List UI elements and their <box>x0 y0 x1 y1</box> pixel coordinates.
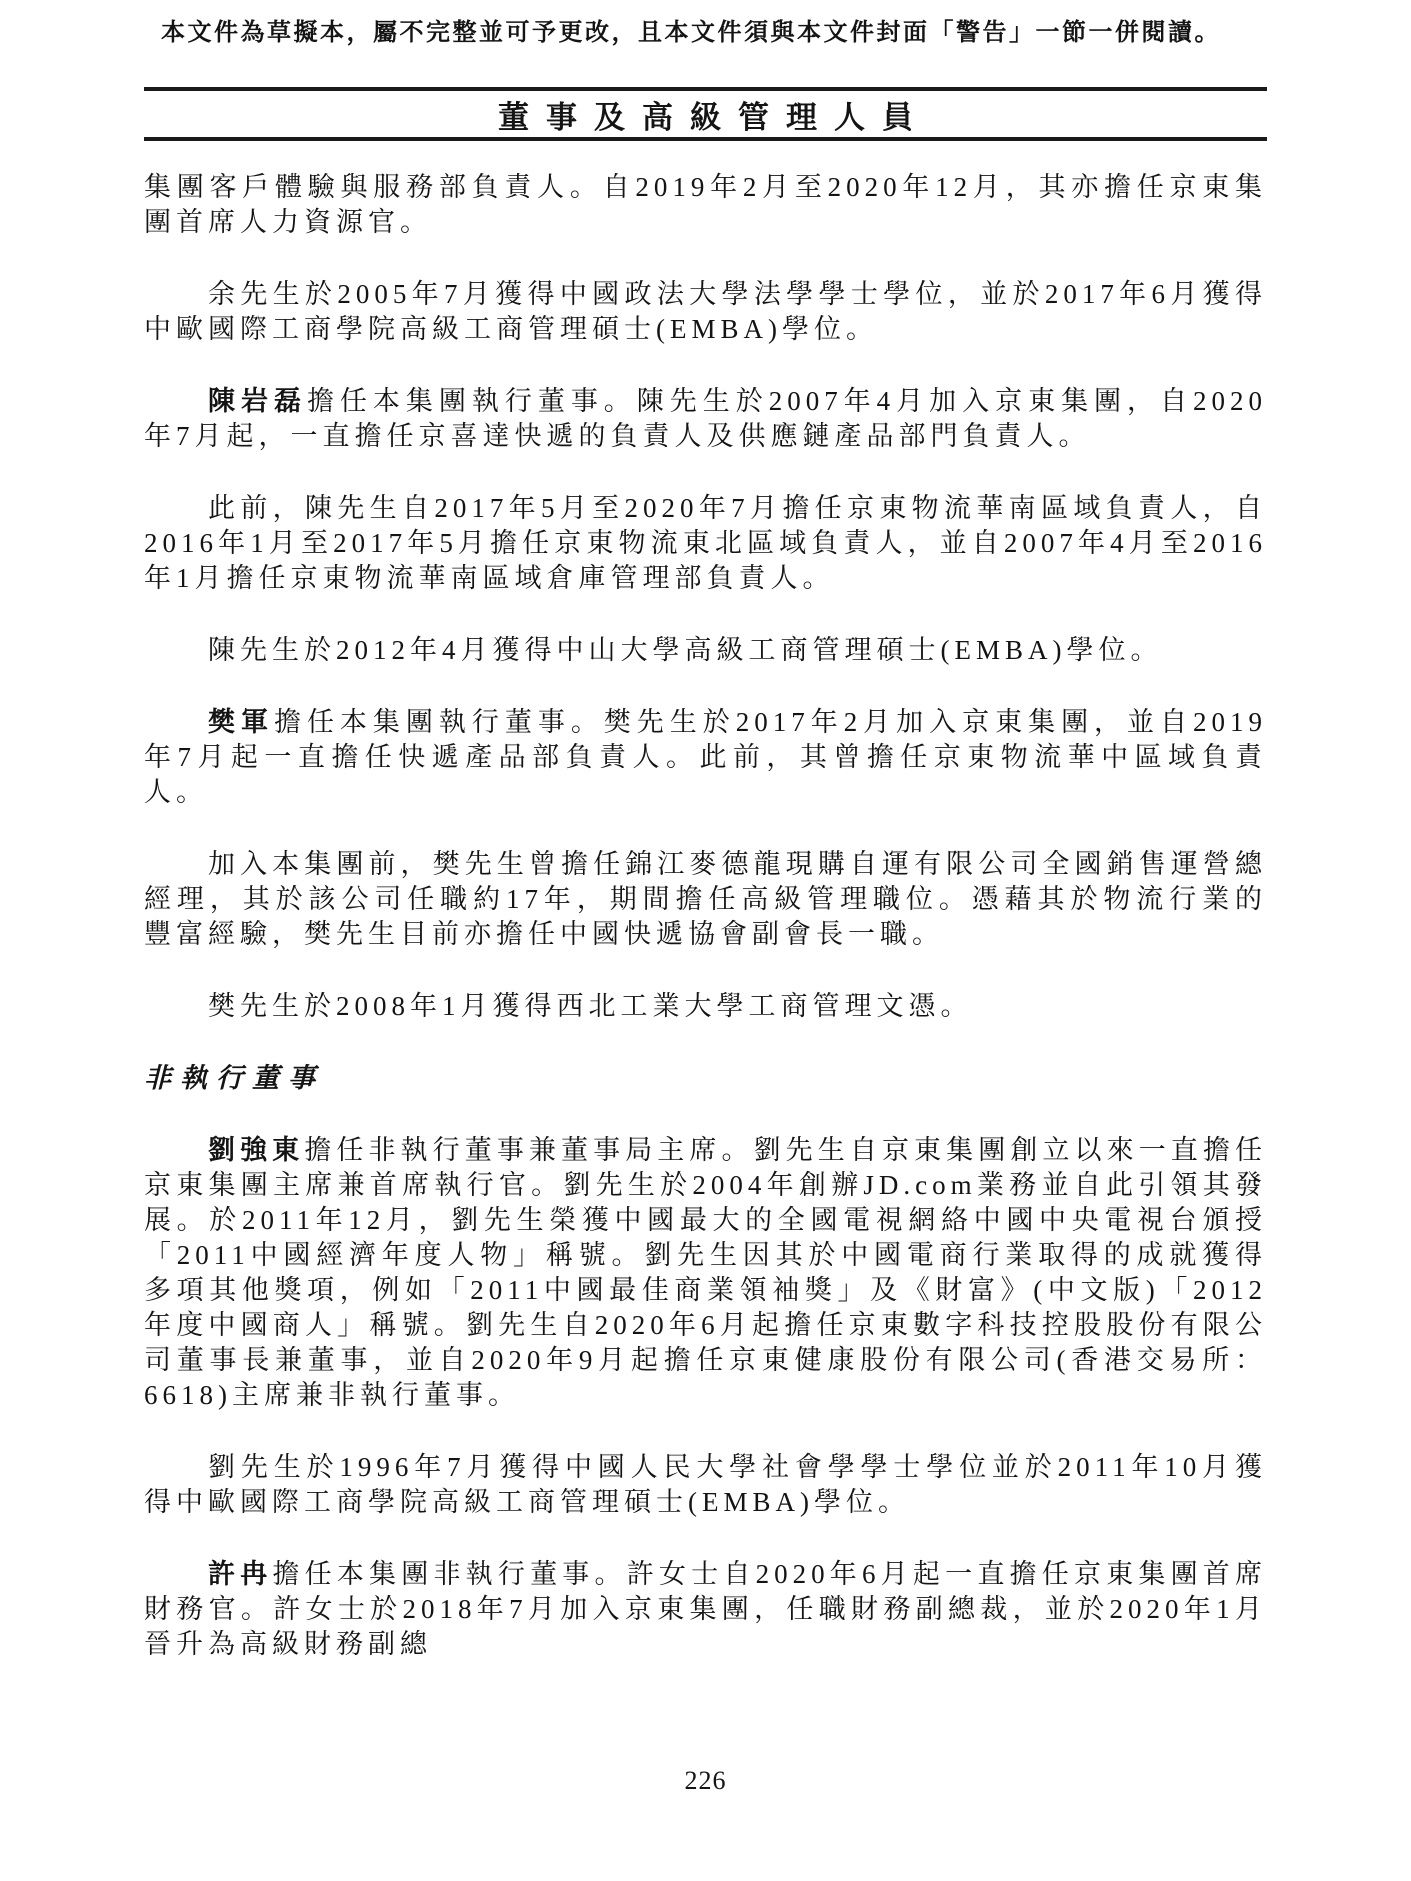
paragraph: 樊軍擔任本集團執行董事。樊先生於2017年2月加入京東集團，並自2019年7月起… <box>144 705 1267 810</box>
director-name: 劉強東 <box>208 1135 304 1165</box>
paragraph: 陳先生於2012年4月獲得中山大學高級工商管理碩士(EMBA)學位。 <box>144 633 1267 668</box>
paragraph-text: 集團客戶體驗與服務部負責人。自2019年2月至2020年12月，其亦擔任京東集團… <box>144 172 1267 237</box>
paragraph: 樊先生於2008年1月獲得西北工業大學工商管理文憑。 <box>144 989 1267 1024</box>
document-body: 集團客戶體驗與服務部負責人。自2019年2月至2020年12月，其亦擔任京東集團… <box>144 170 1267 1662</box>
paragraph-text: 樊先生於2008年1月獲得西北工業大學工商管理文憑。 <box>208 991 973 1021</box>
prospectus-page: 本文件為草擬本，屬不完整並可予更改，且本文件須與本文件封面「警告」一節一併閱讀。… <box>0 0 1411 1881</box>
paragraph-text: 余先生於2005年7月獲得中國政法大學法學學士學位，並於2017年6月獲得中歐國… <box>144 279 1267 344</box>
paragraph-text: 此前，陳先生自2017年5月至2020年7月擔任京東物流華南區域負責人，自201… <box>144 493 1267 593</box>
paragraph-text: 加入本集團前，樊先生曾擔任錦江麥德龍現購自運有限公司全國銷售運營總經理，其於該公… <box>144 849 1267 949</box>
paragraph-text: 陳先生於2012年4月獲得中山大學高級工商管理碩士(EMBA)學位。 <box>208 635 1163 665</box>
paragraph-text: 劉先生於1996年7月獲得中國人民大學社會學學士學位並於2011年10月獲得中歐… <box>144 1452 1267 1517</box>
paragraph-text: 擔任本集團非執行董事。許女士自2020年6月起一直擔任京東集團首席財務官。許女士… <box>144 1559 1267 1659</box>
paragraph: 此前，陳先生自2017年5月至2020年7月擔任京東物流華南區域負責人，自201… <box>144 491 1267 596</box>
paragraph-continuation: 集團客戶體驗與服務部負責人。自2019年2月至2020年12月，其亦擔任京東集團… <box>144 170 1267 240</box>
director-name: 許冉 <box>208 1559 272 1589</box>
director-name: 陳岩磊 <box>208 386 307 416</box>
paragraph-text: 擔任本集團執行董事。陳先生於2007年4月加入京東集團，自2020年7月起，一直… <box>144 386 1267 451</box>
page-title: 董事及高級管理人員 <box>481 92 930 137</box>
paragraph: 陳岩磊擔任本集團執行董事。陳先生於2007年4月加入京東集團，自2020年7月起… <box>144 384 1267 454</box>
paragraph: 劉先生於1996年7月獲得中國人民大學社會學學士學位並於2011年10月獲得中歐… <box>144 1450 1267 1520</box>
paragraph: 余先生於2005年7月獲得中國政法大學法學學士學位，並於2017年6月獲得中歐國… <box>144 277 1267 347</box>
draft-disclaimer: 本文件為草擬本，屬不完整並可予更改，且本文件須與本文件封面「警告」一節一併閱讀。 <box>161 12 1271 47</box>
subsection-heading-non-executive-directors: 非執行董事 <box>144 1061 1267 1096</box>
section-title-box: 董事及高級管理人員 <box>144 87 1267 141</box>
page-number: 226 <box>0 1766 1411 1796</box>
paragraph-text: 擔任本集團執行董事。樊先生於2017年2月加入京東集團，並自2019年7月起一直… <box>144 707 1267 807</box>
paragraph: 劉強東擔任非執行董事兼董事局主席。劉先生自京東集團創立以來一直擔任京東集團主席兼… <box>144 1133 1267 1413</box>
paragraph: 許冉擔任本集團非執行董事。許女士自2020年6月起一直擔任京東集團首席財務官。許… <box>144 1557 1267 1662</box>
paragraph-text: 擔任非執行董事兼董事局主席。劉先生自京東集團創立以來一直擔任京東集團主席兼首席執… <box>144 1135 1267 1410</box>
paragraph: 加入本集團前，樊先生曾擔任錦江麥德龍現購自運有限公司全國銷售運營總經理，其於該公… <box>144 847 1267 952</box>
director-name: 樊軍 <box>208 707 274 737</box>
